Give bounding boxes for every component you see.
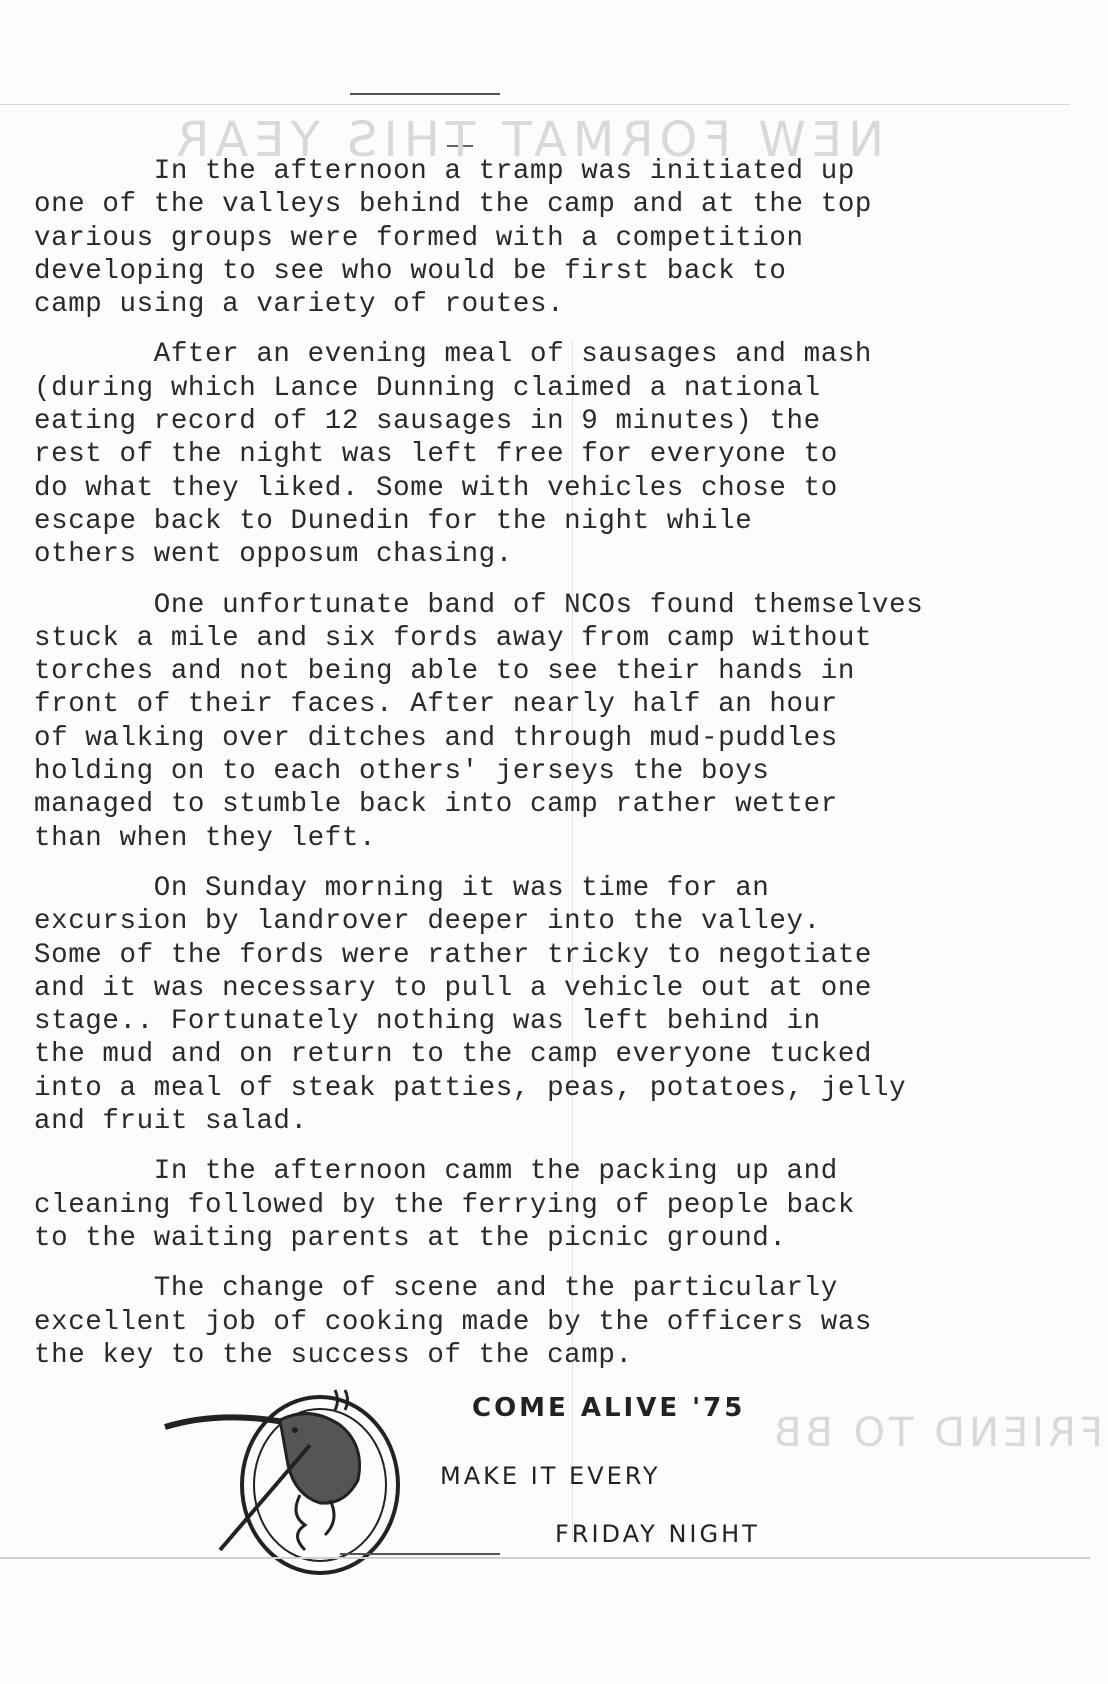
text-line: After an evening meal of sausages and ma… — [34, 338, 1074, 371]
text-line: managed to stumble back into camp rather… — [34, 788, 1074, 821]
article-body: In the afternoon a tramp was initiated u… — [34, 155, 1074, 1389]
text-line: cleaning followed by the ferrying of peo… — [34, 1189, 1074, 1222]
text-line: On Sunday morning it was time for an — [34, 872, 1074, 905]
text-line: In the afternoon a tramp was initiated u… — [34, 155, 1074, 188]
text-line: One unfortunate band of NCOs found thems… — [34, 589, 1074, 622]
text-line: In the afternoon camm the packing up and — [34, 1155, 1074, 1188]
bottom-divider — [340, 1553, 500, 1555]
paragraph: After an evening meal of sausages and ma… — [34, 338, 1074, 571]
text-line: of walking over ditches and through mud-… — [34, 722, 1074, 755]
scanned-page: NEW FORMAT THIS YEAR BRING A FRIEND TO B… — [0, 0, 1108, 1684]
paragraph: On Sunday morning it was time for anexcu… — [34, 872, 1074, 1138]
top-divider — [350, 93, 500, 95]
text-line: Some of the fords were rather tricky to … — [34, 939, 1074, 972]
text-line: camp using a variety of routes. — [34, 288, 1074, 321]
text-line: holding on to each others' jerseys the b… — [34, 755, 1074, 788]
text-line: stuck a mile and six fords away from cam… — [34, 622, 1074, 655]
scan-edge-line-bottom — [0, 1557, 1090, 1559]
text-line: others went opposum chasing. — [34, 538, 1074, 571]
text-line: and fruit salad. — [34, 1105, 1074, 1138]
text-line: rest of the night was left free for ever… — [34, 438, 1074, 471]
text-line: into a meal of steak patties, peas, pota… — [34, 1072, 1074, 1105]
text-line: front of their faces. After nearly half … — [34, 688, 1074, 721]
paragraph: One unfortunate band of NCOs found thems… — [34, 589, 1074, 855]
text-line: do what they liked. Some with vehicles c… — [34, 472, 1074, 505]
text-line: to the waiting parents at the picnic gro… — [34, 1222, 1074, 1255]
text-line: the key to the success of the camp. — [34, 1339, 1074, 1372]
slogan-come-alive: COME ALIVE '75 — [472, 1393, 745, 1423]
paragraph: The change of scene and the particularly… — [34, 1272, 1074, 1372]
text-line: The change of scene and the particularly — [34, 1272, 1074, 1305]
text-line: torches and not being able to see their … — [34, 655, 1074, 688]
slogan-friday-night: FRIDAY NIGHT — [555, 1520, 760, 1548]
slogan-make-it-every: MAKE IT EVERY — [440, 1462, 661, 1490]
paragraph: In the afternoon a tramp was initiated u… — [34, 155, 1074, 321]
text-line: one of the valleys behind the camp and a… — [34, 188, 1074, 221]
text-line: developing to see who would be first bac… — [34, 255, 1074, 288]
text-line: stage.. Fortunately nothing was left beh… — [34, 1005, 1074, 1038]
text-line: excellent job of cooking made by the off… — [34, 1306, 1074, 1339]
text-line: escape back to Dunedin for the night whi… — [34, 505, 1074, 538]
scan-edge-line — [0, 104, 1070, 105]
text-line: excursion by landrover deeper into the v… — [34, 905, 1074, 938]
text-line: the mud and on return to the camp everyo… — [34, 1038, 1074, 1071]
kiwi-emblem-icon — [160, 1385, 420, 1575]
text-line: than when they left. — [34, 822, 1074, 855]
text-line: various groups were formed with a compet… — [34, 222, 1074, 255]
text-line: and it was necessary to pull a vehicle o… — [34, 972, 1074, 1005]
text-line: (during which Lance Dunning claimed a na… — [34, 372, 1074, 405]
paragraph: In the afternoon camm the packing up and… — [34, 1155, 1074, 1255]
footer-advert: COME ALIVE '75 MAKE IT EVERY FRIDAY NIGH… — [160, 1385, 1060, 1625]
text-line: eating record of 12 sausages in 9 minute… — [34, 405, 1074, 438]
